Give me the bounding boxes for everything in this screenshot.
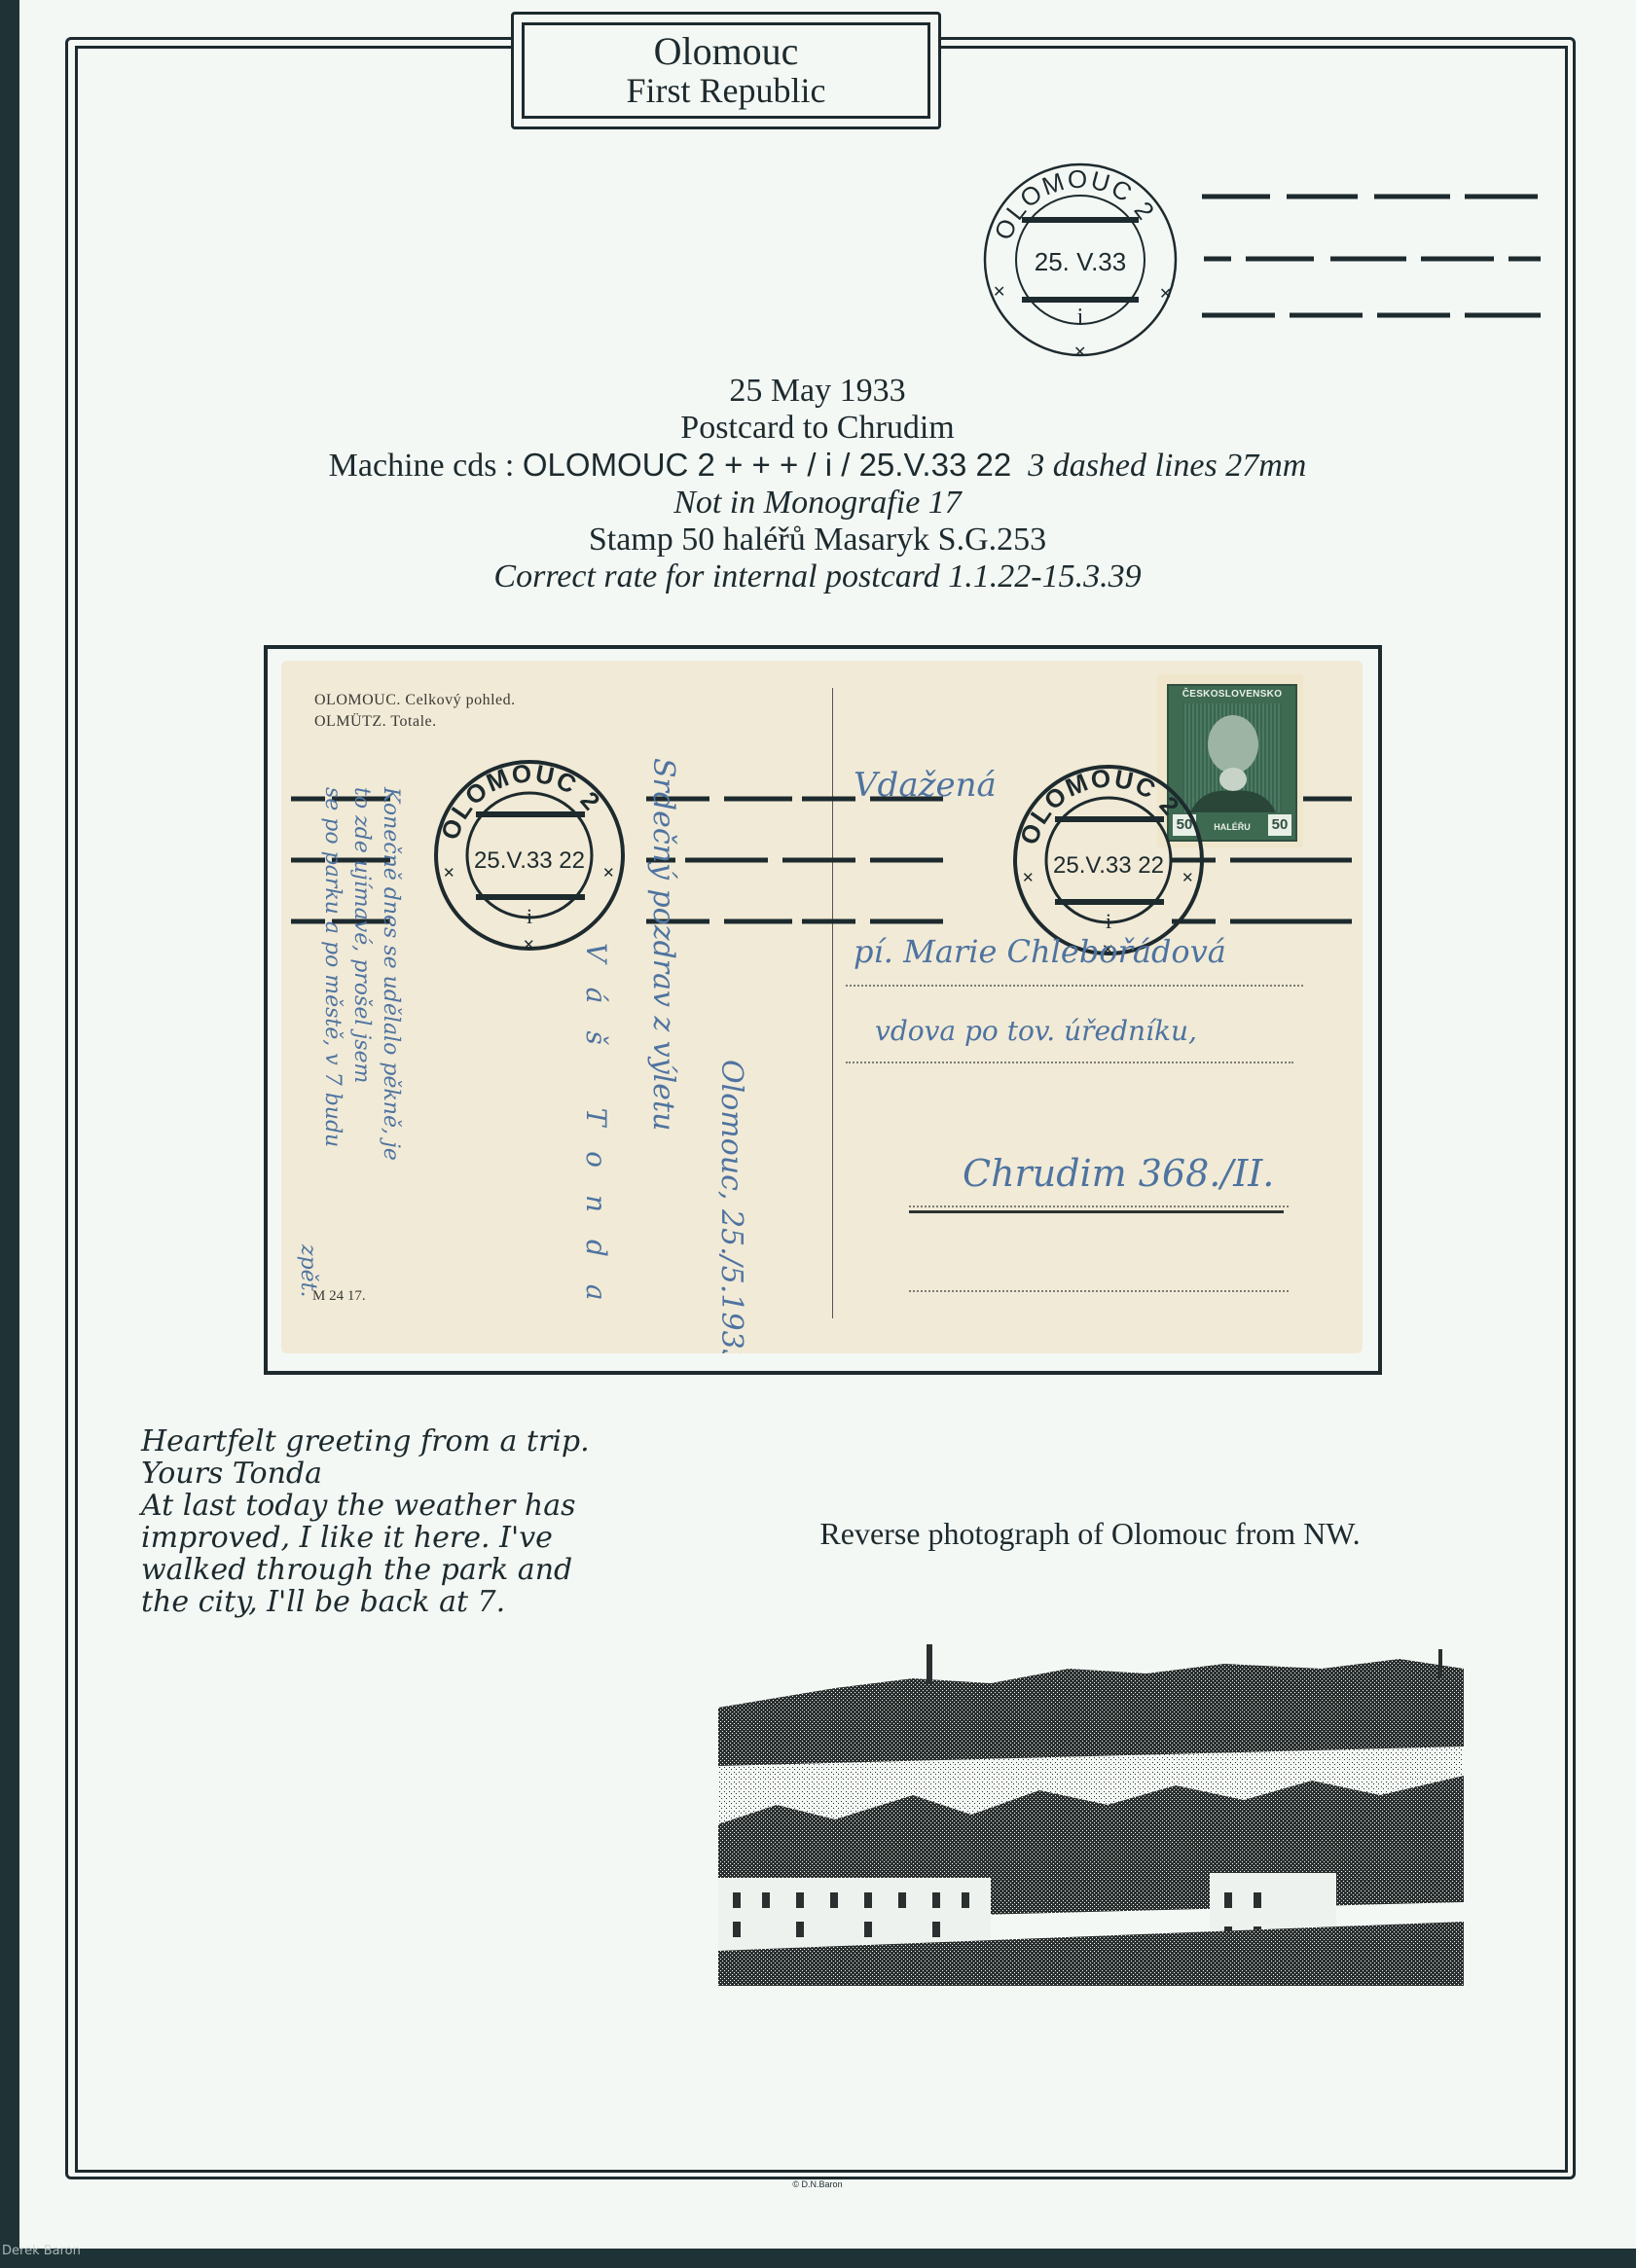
handwriting-message-2: Váš Tonda xyxy=(580,943,612,1328)
handwriting-message-6: zpět. xyxy=(296,1244,320,1298)
page-title: Olomouc xyxy=(654,32,799,71)
svg-text:OLOMOUC 2: OLOMOUC 2 xyxy=(435,758,607,843)
handwriting-message-5: se po parku a po městě, v 7 budu xyxy=(320,787,345,1147)
svg-text:25.V.33 22: 25.V.33 22 xyxy=(1053,852,1164,879)
svg-text:✕: ✕ xyxy=(1073,342,1086,361)
title-box: Olomouc First Republic xyxy=(511,12,941,129)
handwriting-message-3: Konečně dnes se udělalo pěkně, je xyxy=(379,787,403,1161)
item-date: 25 May 1933 xyxy=(156,373,1479,410)
svg-text:OLOMOUC 2: OLOMOUC 2 xyxy=(988,164,1161,244)
page-subtitle: First Republic xyxy=(627,71,826,110)
reverse-photograph-olomouc xyxy=(718,1630,1464,1986)
svg-text:✕: ✕ xyxy=(1022,869,1035,886)
cancel-note: 3 dashed lines 27mm xyxy=(1028,448,1306,484)
svg-text:i: i xyxy=(1106,909,1111,933)
stamp-country: ČESKOSLOVENSKO xyxy=(1169,689,1295,700)
stamp-unit: HALÉŘU xyxy=(1204,822,1260,832)
reference-cancel-index: i xyxy=(1077,305,1084,330)
svg-text:OLOMOUC 2: OLOMOUC 2 xyxy=(1014,763,1186,847)
reference-cancel-town: OLOMOUC 2 xyxy=(988,164,1161,244)
message-translation: Heartfelt greeting from a trip. Yours To… xyxy=(141,1425,725,1618)
handwriting-message-1: Srdečný pozdrav z výletu xyxy=(646,758,680,1131)
stamp-description: Stamp 50 haléřů Masaryk S.G.253 xyxy=(156,522,1479,558)
svg-text:✕: ✕ xyxy=(1159,284,1172,303)
svg-text:✕: ✕ xyxy=(523,936,535,954)
cancel-text: OLOMOUC 2 + + + / i / 25.V.33 22 xyxy=(523,447,1011,483)
svg-text:✕: ✕ xyxy=(443,864,455,882)
handwriting-address-4: Chrudim 368./II. xyxy=(963,1152,1274,1195)
rate-note: Correct rate for internal postcard 1.1.2… xyxy=(156,558,1479,595)
postcard-mount: OLOMOUC. Celkový pohled. OLMÜTZ. Totale.… xyxy=(264,645,1382,1375)
watermark: Derek Baron xyxy=(2,2244,81,2258)
postmark-right: OLOMOUC 2 25.V.33 22 i ✕ ✕ ✕ xyxy=(1006,758,1211,962)
svg-text:✕: ✕ xyxy=(602,864,615,882)
handwriting-address-2: pí. Marie Chlebořádová xyxy=(854,933,1226,970)
handwriting-message-4: to zde ujímavé, prošel jsem xyxy=(349,787,374,1083)
svg-text:✕: ✕ xyxy=(993,282,1005,301)
reference-cancel-date: 25. V.33 xyxy=(1035,247,1126,276)
reference-cancel-illustration: OLOMOUC 2 25. V.33 i ✕ ✕ ✕ xyxy=(971,151,1190,365)
stamp-value-right: 50 xyxy=(1268,814,1291,836)
handwriting-address-3: vdova po tov. úředníku, xyxy=(875,1015,1197,1047)
svg-text:✕: ✕ xyxy=(1182,869,1194,886)
handwriting-address-1: Vdažená xyxy=(854,766,997,805)
item-description: 25 May 1933 Postcard to Chrudim Machine … xyxy=(156,373,1479,595)
cancel-description: Machine cds : OLOMOUC 2 + + + / i / 25.V… xyxy=(156,447,1479,485)
svg-text:25.V.33 22: 25.V.33 22 xyxy=(474,847,585,874)
photo-caption: Reverse photograph of Olomouc from NW. xyxy=(740,1516,1440,1552)
reference-dashed-lines xyxy=(1202,185,1543,321)
copyright-notice: © D.N.Baron xyxy=(769,2179,866,2189)
item-type: Postcard to Chrudim xyxy=(156,410,1479,447)
monografie-note: Not in Monografie 17 xyxy=(156,485,1479,522)
handwriting-place-date: Olomouc, 25./5.1933. xyxy=(714,1060,748,1353)
postcard: OLOMOUC. Celkový pohled. OLMÜTZ. Totale.… xyxy=(281,661,1363,1353)
postmark-left: OLOMOUC 2 25.V.33 22 i ✕ ✕ ✕ xyxy=(427,753,632,957)
svg-text:i: i xyxy=(527,904,532,928)
